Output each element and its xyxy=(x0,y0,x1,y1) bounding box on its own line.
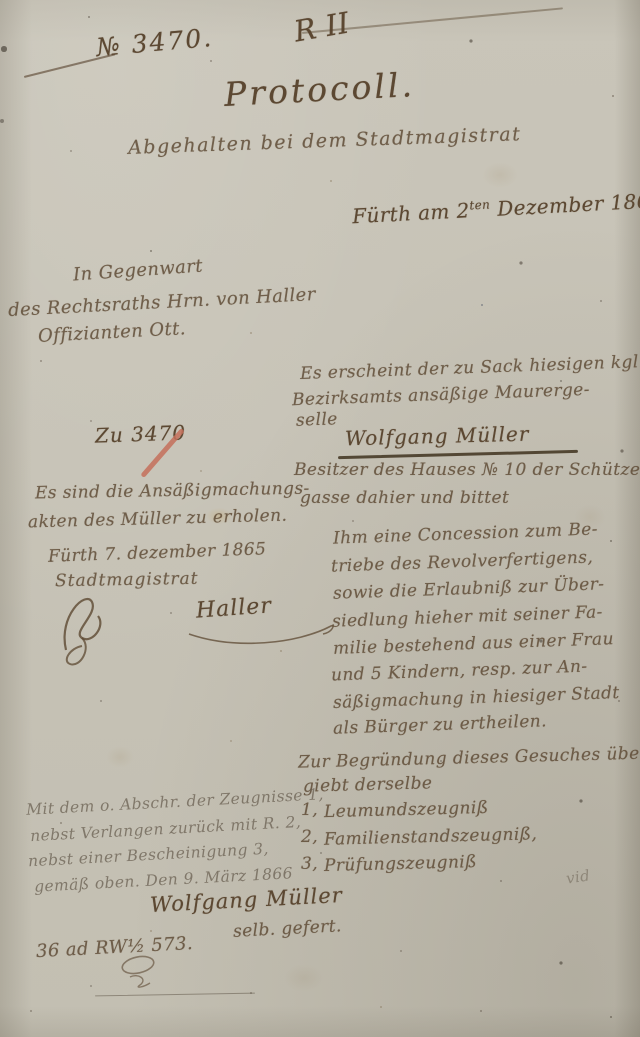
subtitle: Abgehalten bei dem Stadtmagistrat xyxy=(128,123,522,159)
attachment-number: 3, xyxy=(301,854,318,874)
marginal-paraph: vid xyxy=(565,866,591,887)
presence-line: In Gegenwart xyxy=(72,255,203,285)
pen-flourish-stroke xyxy=(24,53,116,77)
registry-mark: R II xyxy=(291,5,352,48)
filing-paraph xyxy=(110,953,174,995)
pencil-note-line: nebst einer Bescheinigung 3, xyxy=(28,840,269,871)
dateline-text: Fürth am 2 xyxy=(352,198,471,228)
body-line: Bezirksamts ansäßige Maurerge- xyxy=(292,380,590,410)
body-line: selle xyxy=(296,409,338,430)
petition-line: sowie die Erlaubniß zur Über- xyxy=(333,574,605,603)
attachment-label: Leumundszeugniß xyxy=(324,798,489,822)
margin-note-line: Es sind die Ansäßigmachungs- xyxy=(35,479,310,504)
signature-note: selb. gefert. xyxy=(233,916,343,942)
attachment-label: Prüfungszeugniß xyxy=(324,852,477,876)
manuscript-page: № 3470. R II Protocoll. Abgehalten bei d… xyxy=(0,0,640,1037)
petition-line: als Bürger zu ertheilen. xyxy=(333,711,548,738)
stain-blotch xyxy=(482,162,518,188)
petition-line: triebe des Revolverfertigens, xyxy=(331,547,594,576)
magistrate-paraph xyxy=(52,586,136,672)
dateline: Fürth am 2ten Dezember 1865. xyxy=(352,188,640,229)
petition-line: siedlung hieher mit seiner Fa- xyxy=(332,602,603,631)
dateline-rest: Dezember 1865. xyxy=(490,188,640,221)
attachment-number: 2, xyxy=(301,827,318,847)
paper-speckles xyxy=(0,0,2,2)
signature-flourish xyxy=(185,620,337,652)
presence-line: Offizianten Ott. xyxy=(38,318,187,347)
page-title: Protocoll. xyxy=(223,65,416,114)
presence-line: des Rechtsraths Hrn. von Haller xyxy=(8,284,317,321)
stain-blotch xyxy=(284,964,324,992)
attachment-label: Familienstandszeugniß, xyxy=(324,824,538,850)
margin-date: Fürth 7. dezember 1865 xyxy=(48,539,267,567)
petition-line: und 5 Kindern, resp. zur An- xyxy=(331,657,588,686)
petitioner-name: Wolfgang Müller xyxy=(345,422,530,451)
petition-line: milie bestehend aus einer Frau xyxy=(333,629,614,659)
petition-line: säßigmachung in hiesiger Stadt xyxy=(333,683,620,713)
name-underline xyxy=(338,450,578,459)
doc-number: № 3470. xyxy=(95,23,214,62)
body-line: Besitzer des Hauses № 10 der Schützen- xyxy=(294,460,640,480)
petition-line: Ihm eine Concession zum Be- xyxy=(333,519,598,548)
margin-note-line: akten des Müller zu erholen. xyxy=(28,506,288,533)
body-line: gasse dahier und bittet xyxy=(300,488,509,508)
stain-blotch xyxy=(106,746,134,768)
justification-line: Zur Begründung dieses Gesuches über- xyxy=(298,743,640,772)
dateline-ordinal: ten xyxy=(469,197,491,212)
